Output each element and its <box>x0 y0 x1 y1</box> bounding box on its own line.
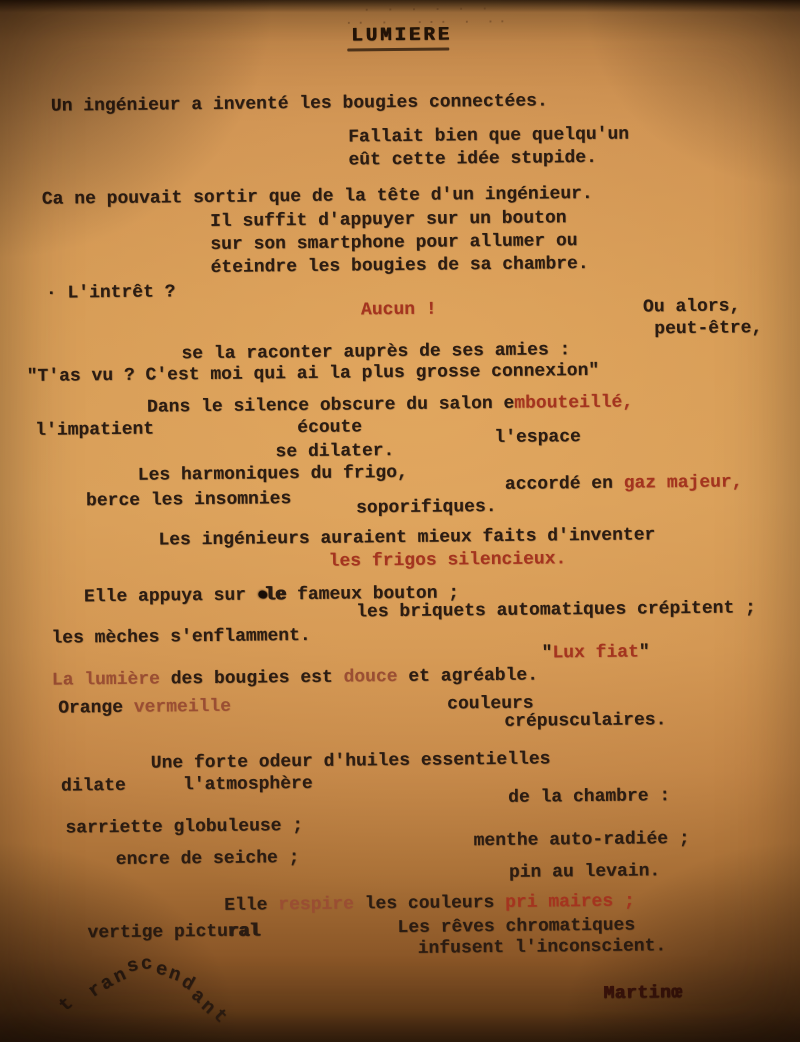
text-line: les frigos silencieux. <box>329 548 567 572</box>
text-line: crépusculaires. <box>504 709 666 733</box>
text-segment: Dans le silence obscure du salon e <box>147 394 514 418</box>
text-line: Dans le silence obscure du salon emboute… <box>147 392 633 419</box>
text-segment: "T'as vu ? C'est moi qui ai la plus gros… <box>27 361 600 387</box>
text-line: sur son smartphone pour allumer ou <box>210 230 577 256</box>
text-segment: et agréable. <box>397 666 538 687</box>
text-line: eût cette idée stupide. <box>348 147 597 172</box>
text-segment: Ca ne pouvait sortir que de la tête d'un… <box>42 184 593 210</box>
text-segment: écoute <box>297 417 362 438</box>
text-segment: Les rêves chromatiques <box>397 916 635 938</box>
text-segment: Fallait bien que quelqu'un <box>348 125 629 148</box>
text-line: Les ingénieurs auraient mieux faits d'in… <box>158 524 655 551</box>
text-segment: pri maires ; <box>505 892 635 913</box>
text-segment: Ou alors, <box>643 296 740 317</box>
text-segment: l'impatient <box>35 420 154 441</box>
text-line: "Lux fiat" <box>542 641 650 664</box>
text-segment: mbouteillé, <box>514 393 633 414</box>
text-segment: encre de seiche ; <box>116 848 300 870</box>
text-line: les mèches s'enflamment. <box>51 625 310 650</box>
text-segment: dilate <box>61 776 126 797</box>
text-segment: Il suffit d'appuyer sur un bouton <box>210 208 567 232</box>
text-segment: respire <box>278 895 354 916</box>
text-line: Ou alors, <box>643 295 740 318</box>
text-segment: vermeille <box>134 697 231 718</box>
text-line: "T'as vu ? C'est moi qui ai la plus gros… <box>27 360 600 388</box>
text-segment: l'espace <box>494 427 581 448</box>
text-segment: Les ingénieurs auraient mieux faits d'in… <box>158 525 655 550</box>
text-line: l'impatient <box>35 419 154 442</box>
arc-letter: s <box>124 954 141 978</box>
text-segment: soporifiques. <box>356 497 497 518</box>
text-segment: de la chambre : <box>508 786 670 808</box>
text-line: Ca ne pouvait sortir que de la tête d'un… <box>42 183 593 211</box>
signature: Martinœ <box>603 983 682 1004</box>
text-line: de la chambre : <box>508 785 670 809</box>
text-segment: " <box>639 642 650 662</box>
text-segment: les frigos silencieux. <box>329 549 567 571</box>
text-line: menthe auto-radiée ; <box>473 828 689 852</box>
text-segment: se dilater. <box>275 441 394 462</box>
text-segment: ral <box>228 921 261 941</box>
text-line: soporifiques. <box>356 496 497 519</box>
text-line: Aucun ! <box>361 299 437 322</box>
text-segment: les couleurs <box>354 893 505 915</box>
text-segment: gaz majeur, <box>624 472 743 493</box>
text-line: Orange vermeille <box>58 696 231 720</box>
title-underline <box>347 47 449 51</box>
text-segment: infusent l'inconscient. <box>418 936 667 959</box>
text-line: Les harmoniques du frigo, <box>138 462 408 487</box>
text-segment: menthe auto-radiée ; <box>473 829 689 851</box>
text-segment: Un ingénieur a inventé les bougies conne… <box>51 91 548 116</box>
text-line: Un ingénieur a inventé les bougies conne… <box>51 90 548 117</box>
text-line: · L'intrêt ? <box>46 281 176 304</box>
text-segment: les mèches s'enflamment. <box>51 626 310 649</box>
text-segment: sur son smartphone pour allumer ou <box>210 231 577 255</box>
arc-letter: t <box>54 993 77 1017</box>
text-line: Une forte odeur d'huiles essentielles <box>151 748 551 774</box>
text-line: Fallait bien que quelqu'un <box>348 124 629 149</box>
text-segment: vertige pictu <box>87 922 228 943</box>
text-line: pin au levain. <box>509 860 660 884</box>
text-line: encre de seiche ; <box>116 847 300 871</box>
text-line: peut-être, <box>654 317 762 340</box>
text-segment: berce les insomnies <box>86 489 291 511</box>
text-line: l'atmosphère <box>183 773 313 796</box>
text-line: dilate <box>61 775 126 798</box>
text-segment: La lumière <box>52 670 160 691</box>
text-line: vertige pictural <box>87 920 260 944</box>
text-line: La lumière des bougies est douce et agré… <box>52 665 538 692</box>
text-segment: peut-être, <box>654 318 762 339</box>
text-segment: ● <box>257 585 265 605</box>
text-segment: le <box>265 585 287 605</box>
text-segment: douce <box>343 667 397 688</box>
text-line: berce les insomnies <box>86 488 291 512</box>
text-line: infusent l'inconscient. <box>418 935 667 960</box>
text-line: sarriette globuleuse ; <box>65 815 303 839</box>
text-segment: Aucun ! <box>361 300 437 321</box>
text-segment: l'atmosphère <box>183 774 313 795</box>
text-segment: accordé en <box>505 474 624 495</box>
text-segment: Elle appuya sur <box>84 586 257 608</box>
text-line: les briquets automatiques crépitent ; <box>356 597 756 623</box>
text-segment: Orange <box>58 698 134 719</box>
photo-of-typewritten-page: · · · · · · ·· · ··· · ·· LUMIERE Un ing… <box>0 0 800 1042</box>
text-segment: Lux fiat <box>552 643 639 664</box>
text-line: Il suffit d'appuyer sur un bouton <box>210 207 567 233</box>
text-segment: éteindre les bougies de sa chambre. <box>210 254 588 278</box>
text-line: écoute <box>297 416 362 439</box>
text-line: Elle respire les couleurs pri maires ; <box>224 891 635 917</box>
text-segment: · L'intrêt ? <box>46 282 176 303</box>
text-segment: eût cette idée stupide. <box>348 148 597 171</box>
sheet: · · · · · · ·· · ··· · ·· LUMIERE Un ing… <box>0 0 800 1042</box>
text-line: éteindre les bougies de sa chambre. <box>210 253 588 279</box>
text-segment: sarriette globuleuse ; <box>65 816 303 838</box>
text-segment: crépusculaires. <box>504 710 666 732</box>
text-line: l'espace <box>494 426 581 449</box>
text-segment: les briquets automatiques crépitent ; <box>356 598 756 622</box>
text-segment: des bougies est <box>160 668 344 690</box>
text-segment: " <box>542 643 553 663</box>
page-title: LUMIERE <box>351 23 452 46</box>
arc-letter: c <box>140 952 153 975</box>
text-line: accordé en gaz majeur, <box>505 471 743 495</box>
text-segment: Une forte odeur d'huiles essentielles <box>151 749 551 773</box>
text-segment: pin au levain. <box>509 861 660 883</box>
text-segment: Les harmoniques du frigo, <box>138 463 408 486</box>
text-line: se dilater. <box>275 440 394 463</box>
text-segment: Elle <box>224 895 278 916</box>
